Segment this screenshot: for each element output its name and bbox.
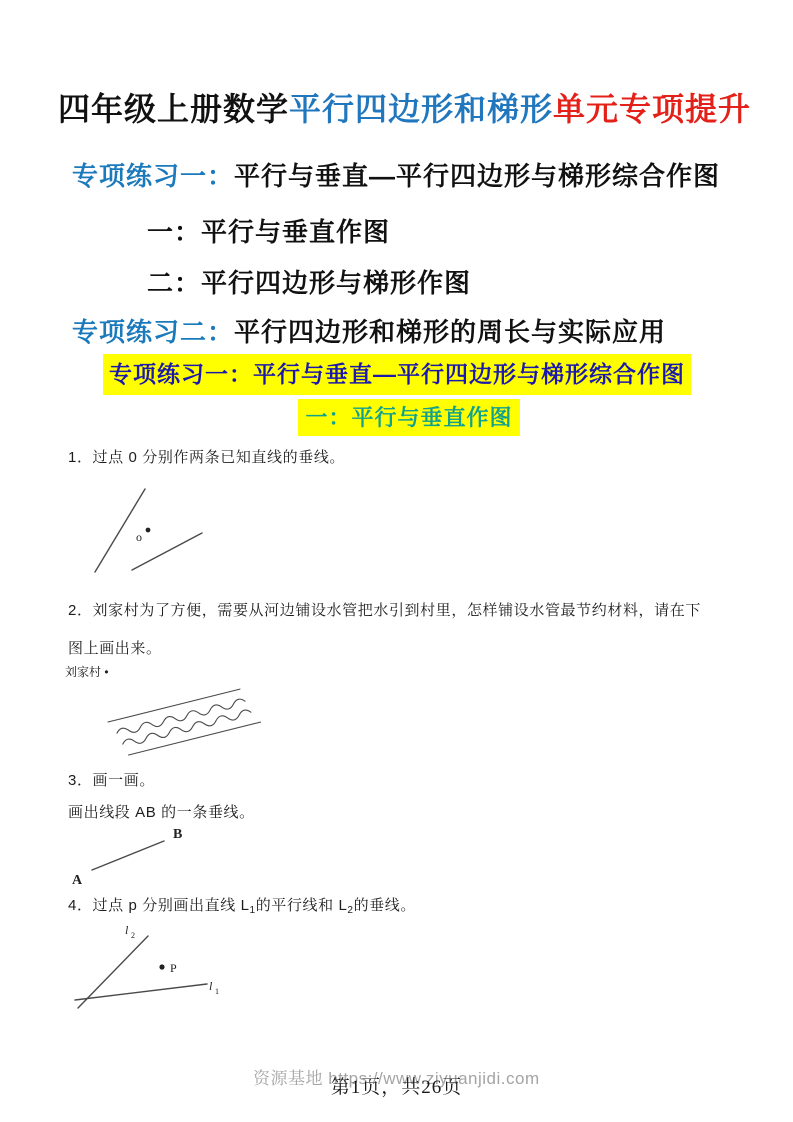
question-4-part-3: 的垂线。 [354,897,416,914]
outline-exercise-2: 专项练习二：平行四边形和梯形的周长与实际应用 [72,312,666,349]
figure-4-label-l1: l [209,979,213,993]
figure-1-point-label: o [136,530,142,544]
question-2-text-line1: 2．刘家村为了方便，需要从河边铺设水管把水引到村里，怎样铺设水管最节约材料，请在… [68,599,701,620]
question-2-text-line2: 图上画出来。 [68,637,162,658]
figure-3-label-a: A [72,873,83,888]
outline-exercise-1-label: 专项练习一： [72,161,234,191]
figure-1-line-right [132,533,202,570]
title-topic-part: 平行四边形和梯形 [289,91,553,127]
subsection-heading-highlighted: 一：平行与垂直作图 [298,399,520,436]
question-4-part-1: 4．过点 p 分别画出直线 L [68,897,250,914]
figure-4-point-dot [159,964,164,969]
figure-2-river [108,686,261,758]
figure-4-line-l1 [75,984,207,1000]
outline-sub-2: 二：平行四边形与梯形作图 [147,263,471,300]
section-heading-highlighted: 专项练习一：平行与垂直—平行四边形与梯形综合作图 [103,354,691,395]
figure-3-segment-ab: A B [60,820,310,890]
page-title: 四年级上册数学平行四边形和梯形单元专项提升 [58,84,751,130]
worksheet-page: 四年级上册数学平行四边形和梯形单元专项提升 专项练习一：平行与垂直—平行四边形与… [0,0,793,1122]
outline-sub-1: 一：平行与垂直作图 [147,212,390,249]
figure-2-village-label: 刘家村 • [65,664,109,679]
outline-exercise-2-label: 专项练习二： [72,317,234,347]
title-unit-part: 单元专项提升 [553,91,751,127]
figure-1-point-dot [146,528,151,533]
question-3-text: 3．画一画。 [68,769,155,790]
figure-4-point-label: P [170,961,177,975]
page-number: 第1页，共26页 [0,1072,793,1099]
figure-4-label-l2-subscript: 2 [131,931,135,940]
figure-4-label-l1-subscript: 1 [215,987,219,996]
figure-2-river-bank-bottom [129,722,261,755]
figure-4-lines-l1-l2: l 2 l 1 P [55,920,315,1032]
question-4-part-2: 的平行线和 L [256,897,348,914]
outline-exercise-1: 专项练习一：平行与垂直—平行四边形与梯形综合作图 [72,156,720,193]
title-grade-part: 四年级上册数学 [58,91,289,127]
outline-exercise-2-text: 平行四边形和梯形的周长与实际应用 [234,317,666,347]
outline-exercise-1-text: 平行与垂直—平行四边形与梯形综合作图 [234,161,720,191]
figure-1-perpendicular-lines: o [60,480,310,592]
figure-4-label-l2: l [125,923,129,937]
figure-4-line-l2 [78,936,148,1008]
figure-2-river-village: 刘家村 • [55,660,325,768]
figure-3-segment [92,841,164,870]
figure-3-label-b: B [173,827,182,842]
question-1-text: 1．过点 0 分别作两条已知直线的垂线。 [68,446,345,467]
figure-2-river-wave-2 [122,709,252,748]
question-4-text: 4．过点 p 分别画出直线 L1的平行线和 L2的垂线。 [68,894,416,916]
question-3-subtext: 画出线段 AB 的一条垂线。 [68,801,255,822]
